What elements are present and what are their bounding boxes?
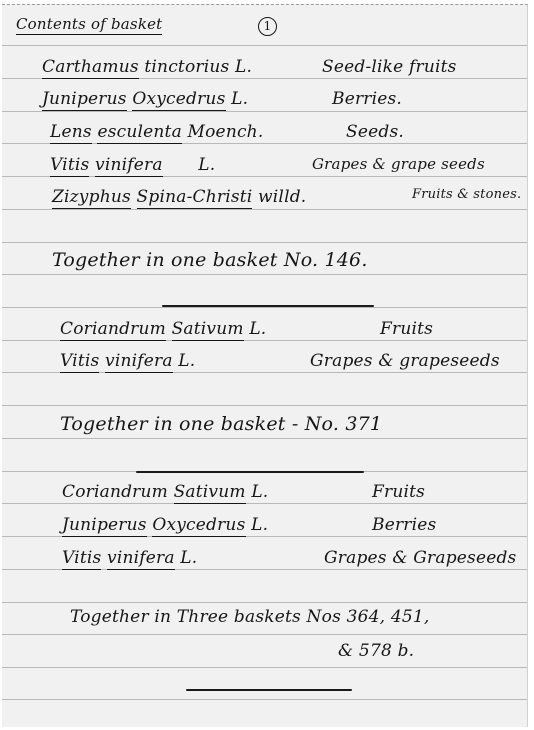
genus: Vitis <box>62 548 101 570</box>
entry-row: Zizyphus Spina-Christi willd. Fruits & s… <box>52 187 306 207</box>
section-divider <box>186 689 352 691</box>
plant-part: Fruits <box>372 482 425 502</box>
ruled-line <box>2 602 527 603</box>
species: vinifera <box>107 548 175 570</box>
ruled-line <box>2 634 527 635</box>
page-heading: Contents of basket <box>16 15 162 33</box>
entry-row: Vitis vinifera L. Grapes & grape seeds <box>50 155 215 175</box>
entry-row: Coriandrum Sativum L. Fruits <box>60 319 266 339</box>
ruled-line <box>2 307 527 308</box>
ruled-line <box>2 438 527 439</box>
author: willd. <box>258 187 306 207</box>
genus: Vitis <box>50 155 89 177</box>
ruled-line <box>2 274 527 275</box>
section-divider <box>162 305 374 307</box>
genus: Juniperus <box>62 515 147 537</box>
author: L. <box>235 57 252 77</box>
ruled-line <box>2 209 527 210</box>
genus: Juniperus <box>42 89 127 111</box>
entry-row: Lens esculenta Moench. Seeds. <box>50 122 263 142</box>
plant-part: Grapes & grapeseeds <box>310 351 500 371</box>
genus: Vitis <box>60 351 99 373</box>
basket-note-continued: & 578 b. <box>338 641 414 661</box>
ruled-line <box>2 45 527 46</box>
plant-part: Seed-like fruits <box>322 57 457 77</box>
plant-part: Berries <box>372 515 436 535</box>
entry-row: Carthamus tinctorius L. Seed-like fruits <box>42 57 252 77</box>
species: Sativum <box>172 319 244 341</box>
species: Sativum <box>174 482 246 504</box>
plant-part: Seeds. <box>346 122 404 142</box>
genus: Coriandrum <box>62 482 168 502</box>
entry-row: Juniperus Oxycedrus L. Berries. <box>42 89 248 109</box>
entry-row: Coriandrum Sativum L. Fruits <box>62 482 268 502</box>
heading-text: Contents of basket <box>16 15 162 35</box>
plant-part: Grapes & grape seeds <box>312 155 485 173</box>
ruled-line <box>2 111 527 112</box>
handwritten-page: Contents of basket 1 Carthamus tinctoriu… <box>2 4 528 727</box>
plant-part: Grapes & Grapeseeds <box>324 548 517 568</box>
author: L. <box>178 351 195 371</box>
species: Oxycedrus <box>132 89 225 111</box>
author: L. <box>251 515 268 535</box>
genus: Coriandrum <box>60 319 166 341</box>
basket-note: Together in one basket No. 146. <box>52 249 368 271</box>
entry-row: Vitis vinifera L. Grapes & Grapeseeds <box>62 548 197 568</box>
entry-row: Juniperus Oxycedrus L. Berries <box>62 515 268 535</box>
entry-row: Vitis vinifera L. Grapes & grapeseeds <box>60 351 195 371</box>
plant-part: Fruits <box>380 319 433 339</box>
ruled-line <box>2 503 527 504</box>
genus: Carthamus <box>42 57 139 79</box>
species: Spina-Christi <box>137 187 253 209</box>
species: tinctorius <box>144 57 229 77</box>
species: vinifera <box>95 155 163 177</box>
species: Oxycedrus <box>152 515 245 537</box>
author: Moench. <box>188 122 264 142</box>
species: vinifera <box>105 351 173 373</box>
basket-note: Together in Three baskets Nos 364, 451, <box>70 607 430 627</box>
ruled-line <box>2 667 527 668</box>
author: L. <box>180 548 197 568</box>
plant-part: Berries. <box>332 89 402 109</box>
author: L. <box>251 482 268 502</box>
basket-note: Together in one basket - No. 371 <box>60 413 382 435</box>
ruled-line <box>2 405 527 406</box>
ruled-line <box>2 699 527 700</box>
author: L. <box>198 155 215 175</box>
author: L. <box>231 89 248 109</box>
plant-part: Fruits & stones. <box>412 187 521 202</box>
genus: Zizyphus <box>52 187 131 209</box>
genus: Lens <box>50 122 92 144</box>
ruled-line <box>2 242 527 243</box>
species: esculenta <box>97 122 181 144</box>
section-divider <box>136 471 364 473</box>
author: L. <box>249 319 266 339</box>
page-number: 1 <box>258 17 277 36</box>
